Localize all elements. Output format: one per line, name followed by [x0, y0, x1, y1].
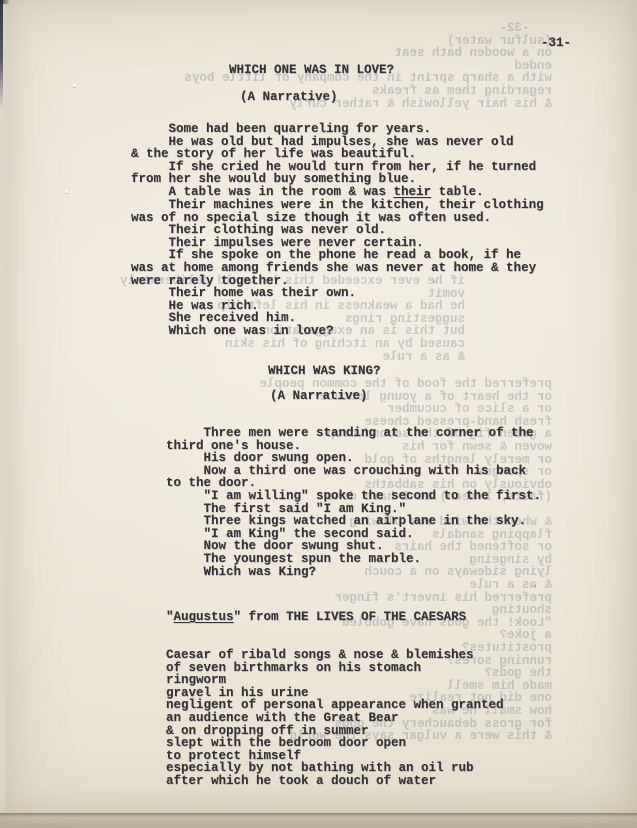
caesar-poem-stanza: Caesar of ribald songs & nose & blemishe… [166, 649, 504, 788]
paper-bottom-edge [0, 813, 637, 828]
page-number: -31- [541, 37, 571, 50]
paper-corner-shadow [0, 0, 3, 108]
paper-speck [65, 190, 68, 193]
header-rest: " from THE LIVES OF THE CAESARS [234, 610, 467, 624]
paper-speck [73, 84, 76, 87]
poem1-stanza-top: Some had been quarreling for years. He w… [131, 123, 536, 186]
poem2-subtitle: (A Narrative) [270, 390, 368, 403]
paper-corner-shadow-top [0, 0, 10, 4]
poem1-subtitle: (A Narrative) [240, 91, 338, 104]
underlined-augustus: Augustus [174, 610, 234, 624]
poem2-title: WHICH WAS KING? [268, 365, 381, 378]
their-line-suffix: table. [431, 185, 484, 199]
paper-speck [433, 281, 435, 283]
underlined-their: their [394, 185, 432, 199]
poem1-stanza-bottom: Their machines were in the kitchen, thei… [131, 199, 544, 338]
header-open-quote: " [166, 610, 174, 624]
poem2-stanza: Three men were standing at the corner of… [166, 427, 541, 578]
typewritten-manuscript-page: -32- (sulfur water) on a wooden bath sea… [0, 0, 637, 828]
paper-speck [534, 585, 536, 587]
poem1-their-line: A table was in the room & was their tabl… [131, 186, 484, 199]
caesar-poem-header: "Augustus" from THE LIVES OF THE CAESARS [166, 611, 466, 624]
their-line-prefix: A table was in the room & was [131, 185, 394, 199]
poem1-title: WHICH ONE WAS IN LOVE? [229, 64, 394, 77]
paper-left-edge [0, 0, 7, 828]
